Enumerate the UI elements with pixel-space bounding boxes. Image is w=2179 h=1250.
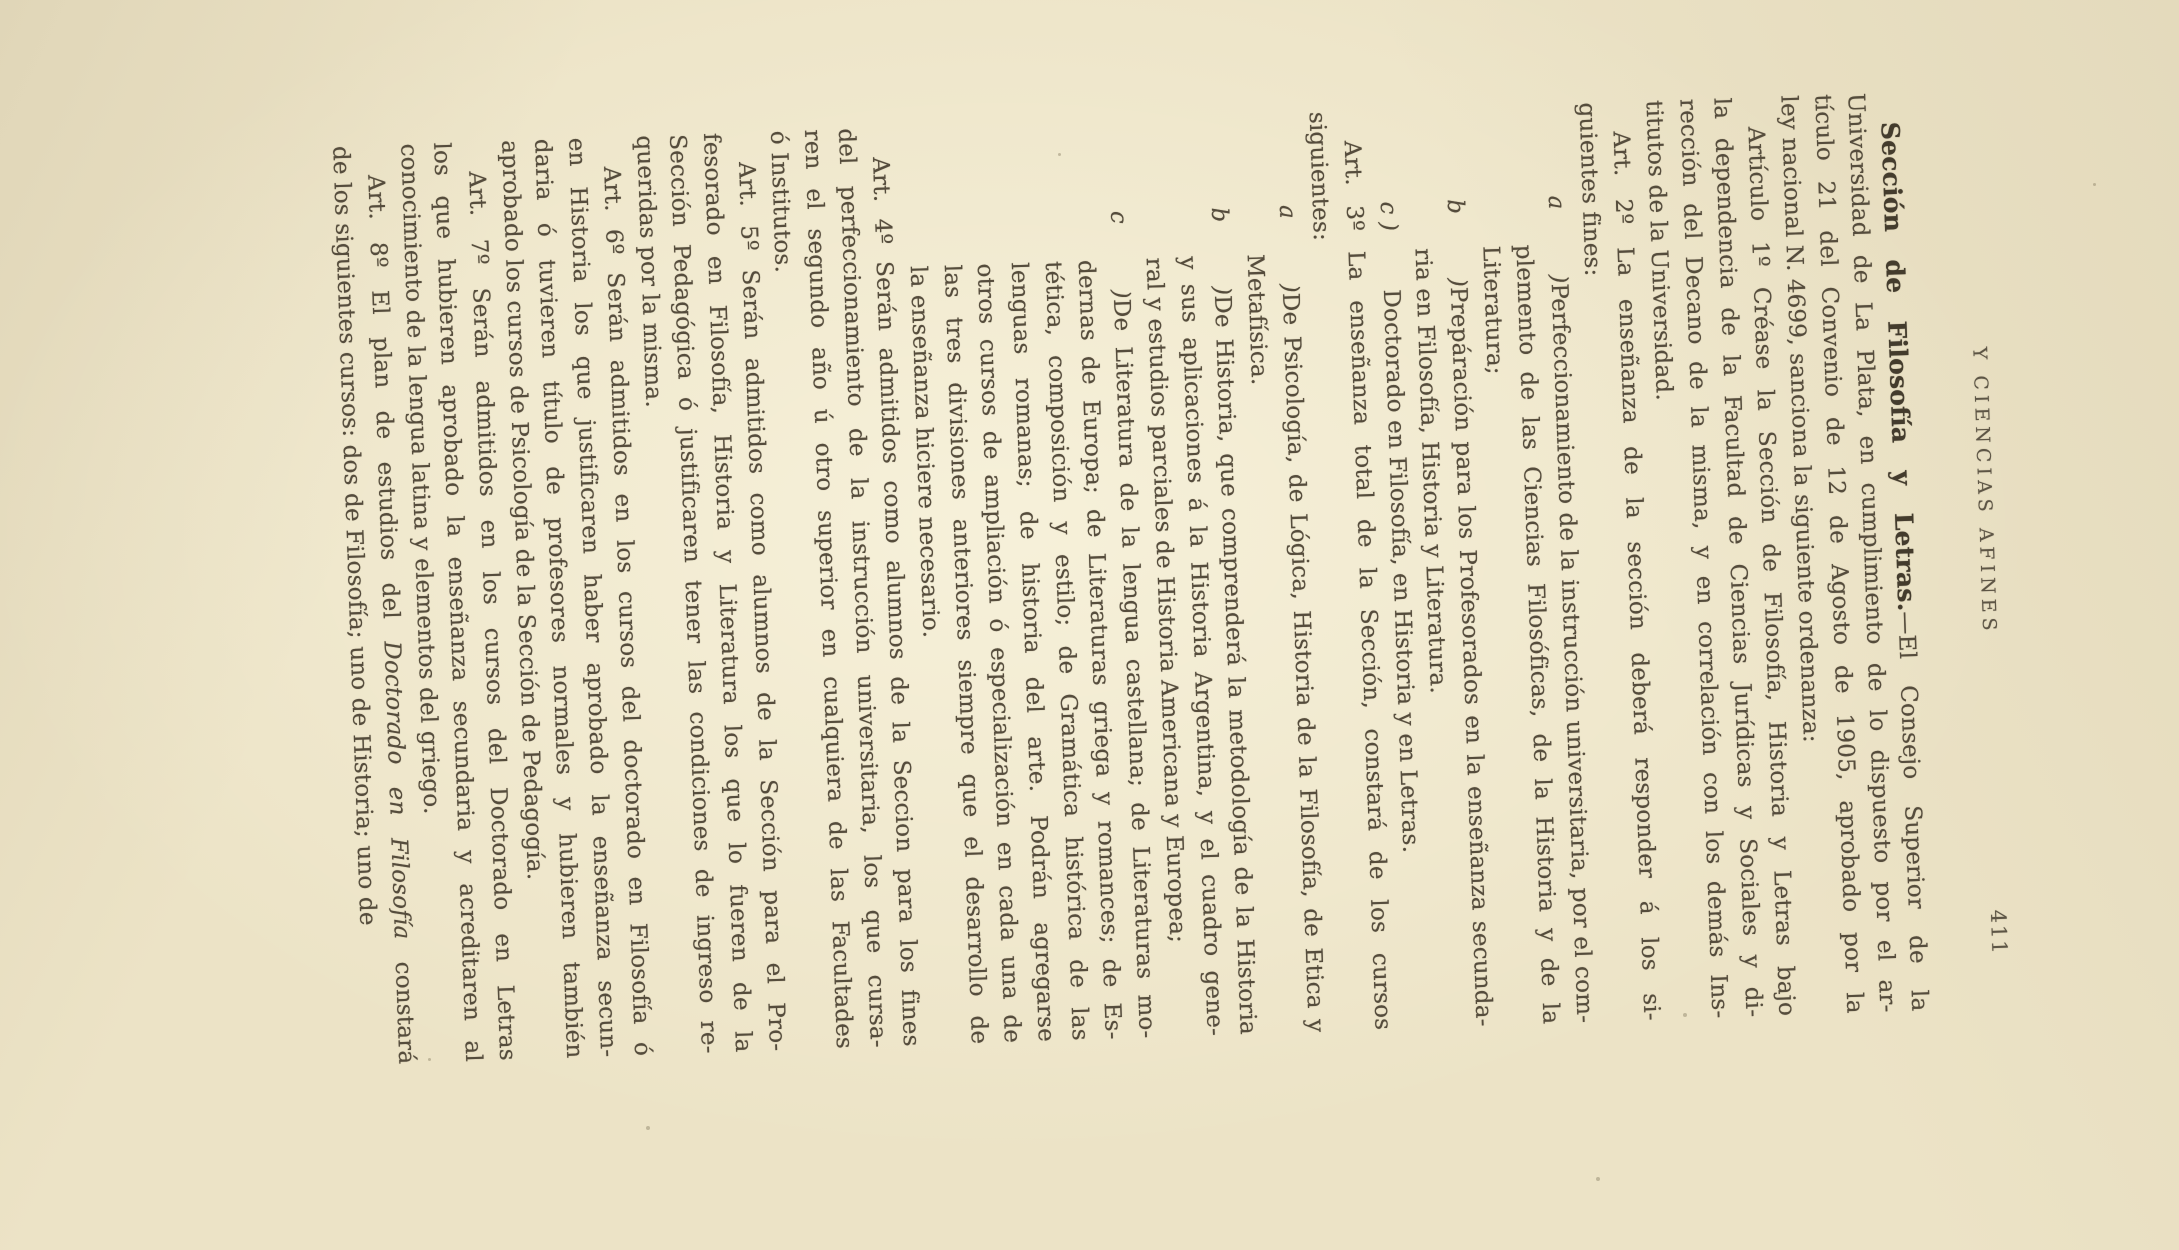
- page-body: Sección de Filosofía y Letras.—El Consej…: [262, 53, 2035, 1103]
- line-text: constará: [389, 939, 419, 1065]
- paper-speck: [1058, 153, 1061, 156]
- line-text: ó Institutos.: [765, 130, 796, 273]
- line-text: siguientes:: [1304, 111, 1334, 241]
- paper-speck: [1683, 1013, 1687, 1017]
- item-marker: b ): [1437, 199, 1474, 288]
- item-marker: a ): [1269, 204, 1306, 293]
- line-text: Metafísica.: [1242, 254, 1273, 386]
- paper-speck: [428, 1058, 431, 1061]
- line-text: queridas por la misma.: [631, 135, 666, 408]
- line-text: Literatura;: [1477, 245, 1507, 375]
- paper-speck: [2093, 183, 2096, 186]
- paper-speck: [1210, 988, 1213, 991]
- item-marker: b ): [1201, 207, 1238, 296]
- item-marker: c ): [1370, 201, 1407, 290]
- scanned-page: Y CIENCIAS AFINES 411 Sección de Filosof…: [301, 53, 2035, 1102]
- item-marker: a ): [1538, 195, 1575, 284]
- paper-speck: [1596, 1177, 1600, 1181]
- item-marker: c ): [1100, 210, 1137, 299]
- paper-speck: [646, 1126, 650, 1130]
- line-text: guientes fines:: [1573, 102, 1605, 277]
- scan-canvas: { "colors": { "paper": "#ece3c6", "ink":…: [0, 0, 2179, 1250]
